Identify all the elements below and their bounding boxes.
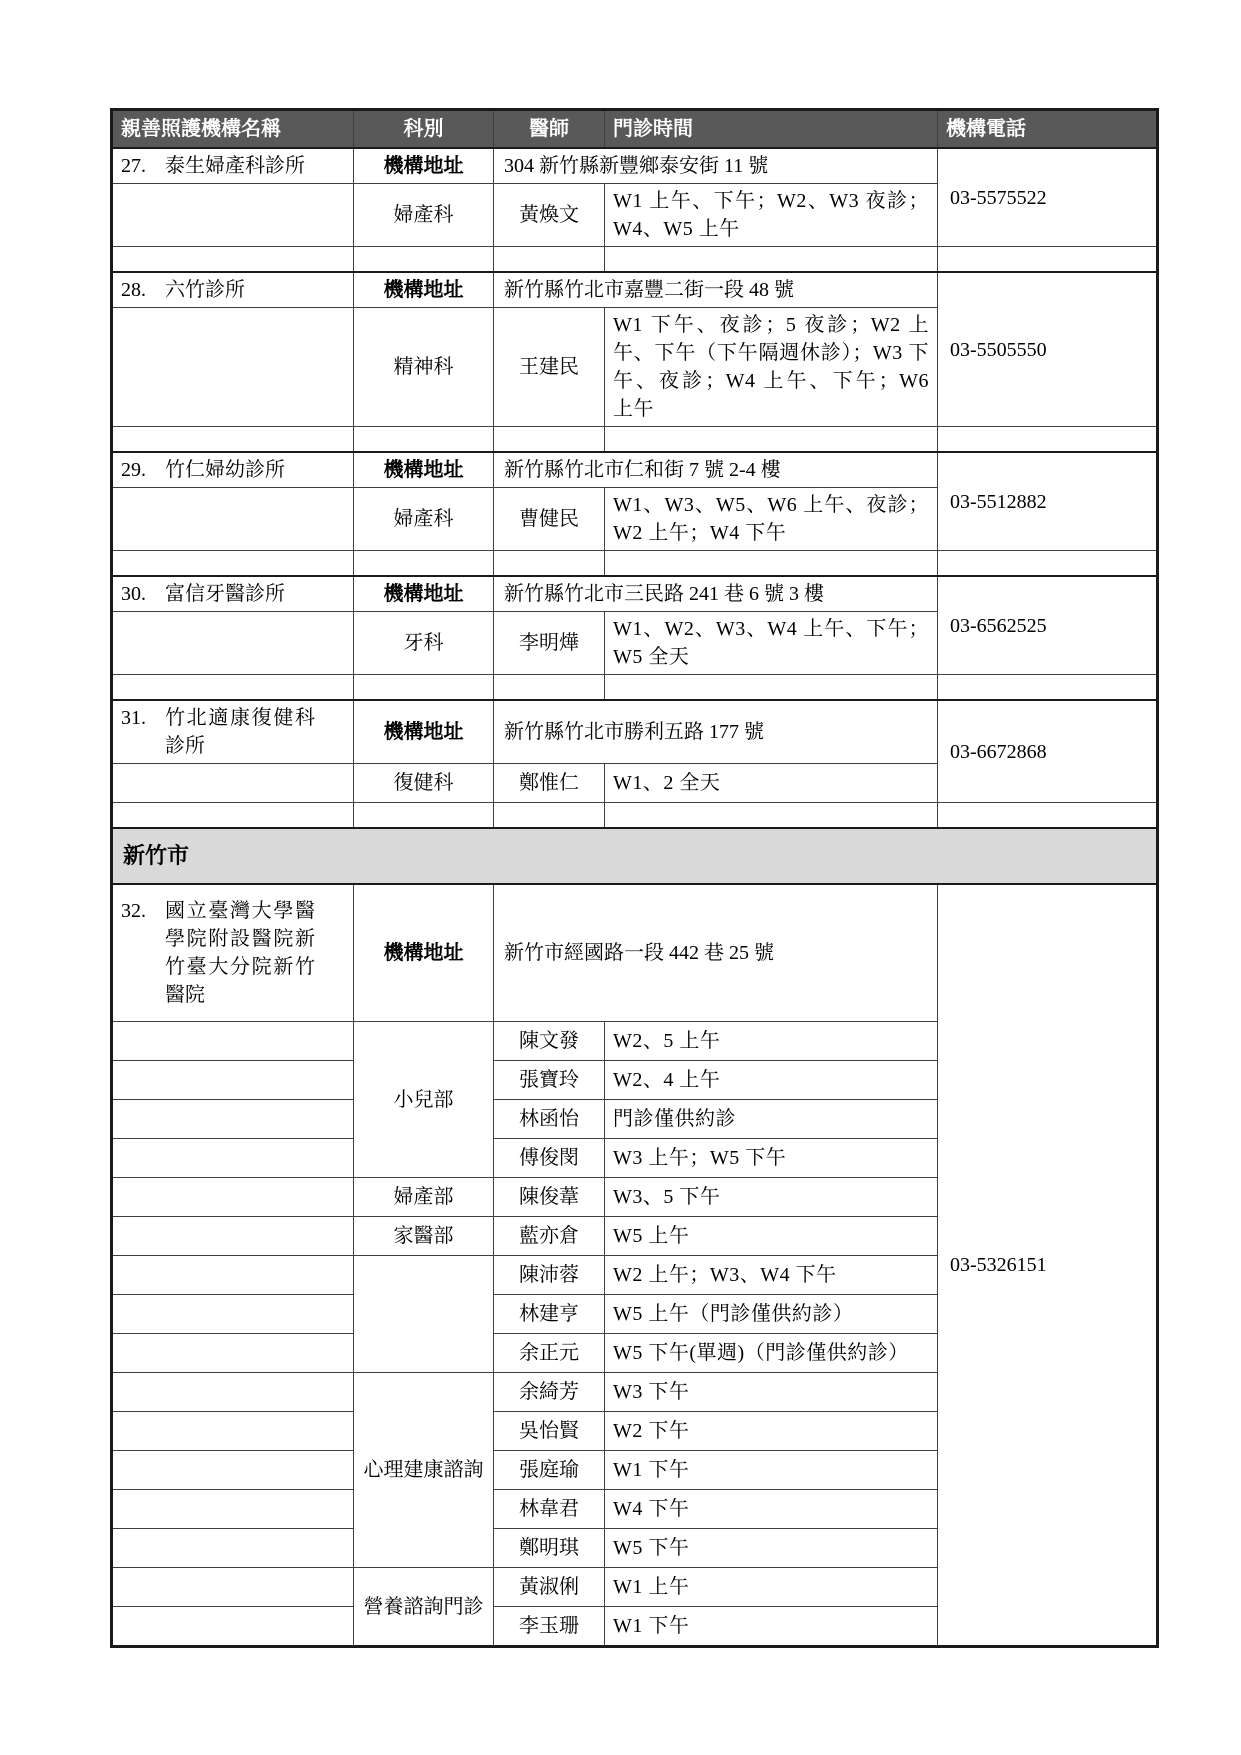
clinic-hours-cell: W1、2 全天: [605, 764, 938, 803]
doctor-cell: 林函怡: [494, 1100, 605, 1139]
empty-cell: [494, 551, 605, 577]
doctor-cell: 林建亨: [494, 1295, 605, 1334]
clinic-hours-cell: W1、W2、W3、W4 上午、下午；W5 全天: [605, 612, 938, 675]
clinic-hours-cell: W3 上午；W5 下午: [605, 1139, 938, 1178]
empty-cell: [112, 803, 354, 829]
empty-cell: [112, 764, 354, 803]
institution-name-cell: 28. 六竹診所: [112, 272, 354, 308]
doctor-cell: 李玉珊: [494, 1607, 605, 1647]
empty-cell: [938, 675, 1158, 701]
doctor-cell: 曹健民: [494, 488, 605, 551]
address-label: 機構地址: [354, 452, 494, 488]
doctor-cell: 林韋君: [494, 1490, 605, 1529]
empty-cell: [494, 247, 605, 273]
department-cell: 牙科: [354, 612, 494, 675]
doctor-cell: 黃淑俐: [494, 1568, 605, 1607]
spacer-row: [112, 675, 1158, 701]
address-cell: 新竹縣竹北市勝利五路 177 號: [494, 700, 938, 764]
table-header-row: 親善照護機構名稱 科別 醫師 門診時間 機構電話: [112, 110, 1158, 149]
col-header-institution-name: 親善照護機構名稱: [112, 110, 354, 149]
institution-name: 竹北適康復健科診所: [165, 704, 315, 760]
col-header-department: 科別: [354, 110, 494, 149]
empty-cell: [112, 1568, 354, 1607]
phone-cell: 03-6562525: [938, 576, 1158, 675]
empty-cell: [605, 803, 938, 829]
doctor-cell: 張寶玲: [494, 1061, 605, 1100]
clinic-hours-cell: W2 上午；W3、W4 下午: [605, 1256, 938, 1295]
department-cell: 婦產部: [354, 1178, 494, 1217]
empty-cell: [112, 1607, 354, 1647]
empty-cell: [112, 1412, 354, 1451]
clinic-hours-cell: W1 下午: [605, 1451, 938, 1490]
phone-cell: 03-5505550: [938, 272, 1158, 427]
clinic-hours-cell: W5 上午（門診僅供約診）: [605, 1295, 938, 1334]
address-cell: 新竹市經國路一段 442 巷 25 號: [494, 884, 938, 1022]
department-cell: 精神科: [354, 308, 494, 427]
empty-cell: [605, 551, 938, 577]
doctor-cell: 藍亦倉: [494, 1217, 605, 1256]
clinic-hours-cell: W5 下午(單週)（門診僅供約診）: [605, 1334, 938, 1373]
clinic-hours-cell: W2 下午: [605, 1412, 938, 1451]
empty-cell: [112, 1139, 354, 1178]
department-cell: 復健科: [354, 764, 494, 803]
department-cell: [354, 1256, 494, 1373]
empty-cell: [605, 675, 938, 701]
department-cell: 心理建康諮詢: [354, 1373, 494, 1568]
empty-cell: [112, 1256, 354, 1295]
empty-cell: [112, 1451, 354, 1490]
institution-name: 國立臺灣大學醫學院附設醫院新竹臺大分院新竹醫院: [165, 897, 315, 1009]
empty-cell: [938, 551, 1158, 577]
department-cell: 家醫部: [354, 1217, 494, 1256]
empty-cell: [112, 247, 354, 273]
doctor-cell: 傅俊閔: [494, 1139, 605, 1178]
clinic-hours-cell: W1 下午: [605, 1607, 938, 1647]
doctor-cell: 陳俊葦: [494, 1178, 605, 1217]
address-cell: 304 新竹縣新豐鄉泰安街 11 號: [494, 148, 938, 184]
empty-cell: [112, 675, 354, 701]
doctor-cell: 李明燁: [494, 612, 605, 675]
address-label: 機構地址: [354, 884, 494, 1022]
empty-cell: [112, 1100, 354, 1139]
empty-cell: [112, 308, 354, 427]
empty-cell: [112, 612, 354, 675]
entry-number: 32.: [121, 897, 165, 925]
doctor-cell: 鄭明琪: [494, 1529, 605, 1568]
address-cell: 新竹縣竹北市三民路 241 巷 6 號 3 樓: [494, 576, 938, 612]
empty-cell: [112, 1217, 354, 1256]
spacer-row: [112, 551, 1158, 577]
entry-31-address-row: 31. 竹北適康復健科診所 機構地址 新竹縣竹北市勝利五路 177 號 03-6…: [112, 700, 1158, 764]
entry-number: 29.: [121, 456, 165, 484]
department-cell: 營養諮詢門診: [354, 1568, 494, 1647]
empty-cell: [354, 551, 494, 577]
section-header: 新竹市: [112, 828, 1158, 884]
address-label: 機構地址: [354, 700, 494, 764]
address-label: 機構地址: [354, 272, 494, 308]
document-page: 親善照護機構名稱 科別 醫師 門診時間 機構電話 27. 泰生婦產科診所 機構地…: [0, 0, 1241, 1755]
address-label: 機構地址: [354, 576, 494, 612]
clinic-hours-cell: W5 下午: [605, 1529, 938, 1568]
empty-cell: [112, 1529, 354, 1568]
empty-cell: [938, 803, 1158, 829]
empty-cell: [354, 427, 494, 453]
empty-cell: [494, 427, 605, 453]
empty-cell: [112, 1334, 354, 1373]
entry-27-address-row: 27. 泰生婦產科診所 機構地址 304 新竹縣新豐鄉泰安街 11 號 03-5…: [112, 148, 1158, 184]
empty-cell: [112, 1061, 354, 1100]
institution-name: 六竹診所: [165, 276, 315, 304]
department-cell: 婦產科: [354, 184, 494, 247]
empty-cell: [938, 427, 1158, 453]
doctor-cell: 余綺芳: [494, 1373, 605, 1412]
clinic-hours-cell: W1 下午、夜診；5 夜診；W2 上午、下午（下午隔週休診）；W3 下午、夜診；…: [605, 308, 938, 427]
doctor-cell: 黃煥文: [494, 184, 605, 247]
institution-name-cell: 30. 富信牙醫診所: [112, 576, 354, 612]
spacer-row: [112, 427, 1158, 453]
empty-cell: [112, 1295, 354, 1334]
entry-32-address-row: 32. 國立臺灣大學醫學院附設醫院新竹臺大分院新竹醫院 機構地址 新竹市經國路一…: [112, 884, 1158, 1022]
institution-name-cell: 27. 泰生婦產科診所: [112, 148, 354, 184]
col-header-hours: 門診時間: [605, 110, 938, 149]
empty-cell: [354, 803, 494, 829]
entry-number: 27.: [121, 152, 165, 180]
phone-cell: 03-6672868: [938, 700, 1158, 803]
empty-cell: [112, 1490, 354, 1529]
phone-cell: 03-5326151: [938, 884, 1158, 1647]
spacer-row: [112, 803, 1158, 829]
doctor-cell: 陳沛蓉: [494, 1256, 605, 1295]
clinic-hours-cell: W4 下午: [605, 1490, 938, 1529]
doctor-cell: 陳文發: [494, 1022, 605, 1061]
doctor-cell: 余正元: [494, 1334, 605, 1373]
spacer-row: [112, 247, 1158, 273]
care-institutions-table: 親善照護機構名稱 科別 醫師 門診時間 機構電話 27. 泰生婦產科診所 機構地…: [110, 108, 1159, 1648]
institution-name-cell: 29. 竹仁婦幼診所: [112, 452, 354, 488]
address-label: 機構地址: [354, 148, 494, 184]
clinic-hours-cell: W5 上午: [605, 1217, 938, 1256]
phone-cell: 03-5575522: [938, 148, 1158, 247]
clinic-hours-cell: W1 上午: [605, 1568, 938, 1607]
entry-number: 28.: [121, 276, 165, 304]
entry-30-address-row: 30. 富信牙醫診所 機構地址 新竹縣竹北市三民路 241 巷 6 號 3 樓 …: [112, 576, 1158, 612]
doctor-cell: 王建民: [494, 308, 605, 427]
doctor-cell: 張庭瑜: [494, 1451, 605, 1490]
empty-cell: [112, 184, 354, 247]
clinic-hours-cell: W1 上午、下午；W2、W3 夜診；W4、W5 上午: [605, 184, 938, 247]
clinic-hours-cell: W2、5 上午: [605, 1022, 938, 1061]
clinic-hours-cell: W3 下午: [605, 1373, 938, 1412]
entry-28-address-row: 28. 六竹診所 機構地址 新竹縣竹北市嘉豐二街一段 48 號 03-55055…: [112, 272, 1158, 308]
col-header-phone: 機構電話: [938, 110, 1158, 149]
empty-cell: [112, 1022, 354, 1061]
entry-29-address-row: 29. 竹仁婦幼診所 機構地址 新竹縣竹北市仁和街 7 號 2-4 樓 03-5…: [112, 452, 1158, 488]
clinic-hours-cell: 門診僅供約診: [605, 1100, 938, 1139]
empty-cell: [354, 675, 494, 701]
entry-number: 31.: [121, 704, 165, 732]
address-cell: 新竹縣竹北市仁和街 7 號 2-4 樓: [494, 452, 938, 488]
empty-cell: [112, 1178, 354, 1217]
entry-number: 30.: [121, 580, 165, 608]
empty-cell: [112, 1373, 354, 1412]
empty-cell: [112, 427, 354, 453]
empty-cell: [605, 427, 938, 453]
empty-cell: [605, 247, 938, 273]
empty-cell: [354, 247, 494, 273]
clinic-hours-cell: W1、W3、W5、W6 上午、夜診；W2 上午；W4 下午: [605, 488, 938, 551]
institution-name: 泰生婦產科診所: [165, 152, 315, 180]
institution-name: 富信牙醫診所: [165, 580, 315, 608]
empty-cell: [938, 247, 1158, 273]
institution-name: 竹仁婦幼診所: [165, 456, 315, 484]
clinic-hours-cell: W2、4 上午: [605, 1061, 938, 1100]
address-cell: 新竹縣竹北市嘉豐二街一段 48 號: [494, 272, 938, 308]
empty-cell: [112, 551, 354, 577]
empty-cell: [494, 675, 605, 701]
institution-name-cell: 32. 國立臺灣大學醫學院附設醫院新竹臺大分院新竹醫院: [112, 884, 354, 1022]
phone-cell: 03-5512882: [938, 452, 1158, 551]
doctor-cell: 鄭惟仁: [494, 764, 605, 803]
clinic-hours-cell: W3、5 下午: [605, 1178, 938, 1217]
institution-name-cell: 31. 竹北適康復健科診所: [112, 700, 354, 764]
empty-cell: [112, 488, 354, 551]
department-cell: 小兒部: [354, 1022, 494, 1178]
empty-cell: [494, 803, 605, 829]
doctor-cell: 吳怡賢: [494, 1412, 605, 1451]
section-header-row: 新竹市: [112, 828, 1158, 884]
col-header-doctor: 醫師: [494, 110, 605, 149]
department-cell: 婦產科: [354, 488, 494, 551]
